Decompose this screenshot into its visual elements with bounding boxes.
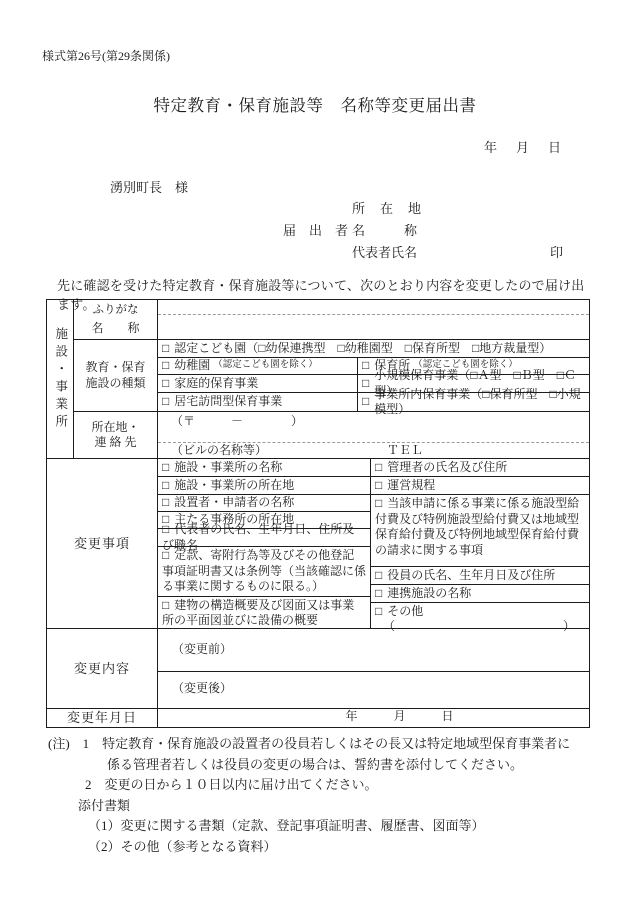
submitter-address-label: 所 在 地: [352, 198, 422, 217]
type-option-kateiteki[interactable]: 家庭的保育事業: [158, 375, 358, 392]
submitter-name-label: 名 称: [352, 220, 417, 239]
name-input-area[interactable]: [158, 315, 589, 339]
type-option-kodomoen[interactable]: 認定こども園（□幼保連携型 □幼稚園型 □保育所型 □地方裁量型）: [158, 340, 589, 358]
change-item[interactable]: 施設・事業所の所在地: [158, 477, 370, 495]
note-2: 2 変更の日から１０日以内に届け出てください。: [85, 775, 574, 796]
type-option-kyotaku[interactable]: 居宅訪問型保育事業: [158, 393, 358, 411]
change-content-label: 変更内容: [47, 629, 158, 708]
furigana-label: ふりがな: [93, 303, 139, 319]
facility-section-body: ふりがな 名 称 教育・保育 施設の種類 認定こども園（□幼保連携型 □幼稚園型…: [74, 300, 589, 458]
before-change-label: （変更前）: [172, 642, 232, 656]
tel-label: ＴＥＬ: [387, 443, 423, 459]
checkbox-icon[interactable]: [162, 394, 174, 410]
change-items-section: 変更事項 施設・事業所の名称 施設・事業所の所在地 設置者・申請者の名称 主たる…: [47, 458, 589, 628]
change-items-label: 変更事項: [47, 459, 158, 628]
attachment-item-1: （1）変更に関する書類（定款、登記事項証明書、履歴書、図面等）: [88, 816, 574, 837]
address-input-area[interactable]: （〒 － ）: [158, 412, 589, 442]
before-change-area[interactable]: （変更前）: [158, 629, 589, 672]
name-label: 名 称: [91, 321, 139, 337]
change-date-label: 変更年月日: [47, 709, 158, 727]
change-item[interactable]: 施設・事業所の名称: [158, 459, 370, 477]
facility-section-label: 施設・事業所: [52, 327, 68, 432]
type-note: （認定こども園を除く）: [213, 358, 318, 374]
checkbox-icon[interactable]: [375, 478, 387, 492]
form-number: 様式第26号(第29条関係): [42, 47, 170, 64]
checkbox-icon[interactable]: [362, 394, 374, 410]
attachments-heading: 添付書類: [78, 796, 574, 817]
checkbox-icon[interactable]: [162, 522, 174, 536]
type-option-youchien[interactable]: 幼稚園 （認定こども園を除く）: [158, 358, 358, 374]
address-contact-label: 所在地・ 連 絡 先: [74, 412, 158, 458]
change-item[interactable]: 設置者・申請者の名称: [158, 495, 370, 512]
change-item[interactable]: 役員の氏名、生年月日及び住所: [371, 567, 589, 585]
representative-name-label: 代表者氏名: [352, 242, 417, 261]
checkbox-icon[interactable]: [162, 598, 174, 612]
form-page: 様式第26号(第29条関係) 特定教育・保育施設等 名称等変更届出書 年 月 日…: [0, 0, 630, 903]
checkbox-icon[interactable]: [162, 341, 174, 357]
facility-section-header: 施設・事業所: [47, 300, 74, 458]
checkbox-icon[interactable]: [375, 496, 387, 510]
checkbox-icon[interactable]: [162, 548, 174, 562]
date-line: 年 月 日: [484, 137, 564, 156]
attachment-item-2: （2）その他（参考となる資料）: [88, 837, 574, 858]
checkbox-icon[interactable]: [375, 460, 387, 474]
change-item[interactable]: 建物の構造概要及び図面又は事業所の平面図並びに設備の概要: [158, 597, 370, 629]
checkbox-icon[interactable]: [162, 478, 174, 492]
addressee: 湧別町長 様: [110, 177, 188, 196]
change-item[interactable]: 定款、寄附行為等及びその他登記事項証明書又は条例等（当該確認に係る事業に関するも…: [158, 547, 370, 597]
form-table: 施設・事業所 ふりがな 名 称 教育・保育 施設の種類: [46, 299, 590, 728]
change-item[interactable]: 代表者の氏名、生年月日、住所及び職名: [158, 529, 370, 547]
facility-type-label: 教育・保育 施設の種類: [74, 340, 158, 411]
notes-section: (注) 1 特定教育・保育施設の設置者の役員若しくはその長又は特定地域型保育事業…: [48, 734, 574, 857]
checkbox-icon[interactable]: [162, 460, 174, 474]
change-item[interactable]: 管理者の氏名及び住所: [371, 459, 589, 477]
checkbox-icon[interactable]: [375, 604, 387, 618]
checkbox-icon[interactable]: [362, 358, 374, 374]
after-change-label: （変更後）: [172, 681, 232, 695]
change-content-section: 変更内容 （変更前） （変更後）: [47, 628, 589, 708]
checkbox-icon[interactable]: [162, 358, 174, 374]
change-date-input-area[interactable]: 年 月 日: [158, 709, 589, 727]
name-row-label: ふりがな 名 称: [74, 300, 158, 339]
checkbox-icon[interactable]: [162, 495, 174, 509]
facility-section: 施設・事業所 ふりがな 名 称 教育・保育 施設の種類: [47, 300, 589, 458]
type-option-jigyoshonai[interactable]: 事業所内保育事業（□保育所型 □小規模型）: [358, 393, 589, 411]
page-title: 特定教育・保育施設等 名称等変更届出書: [0, 92, 630, 116]
submitter-role-label: 届 出 者: [283, 220, 348, 239]
change-date-section: 変更年月日 年 月 日: [47, 708, 589, 727]
building-name-label: （ビルの名称等）: [171, 443, 387, 459]
change-item[interactable]: 当該申請に係る事業に係る施設型給付費及び特例施設型給付費又は地域型保育給付費及び…: [371, 495, 589, 567]
checkbox-icon[interactable]: [375, 586, 387, 600]
furigana-input-area[interactable]: [158, 300, 589, 315]
seal-label: 印: [550, 242, 563, 261]
change-item[interactable]: 連携施設の名称: [371, 585, 589, 603]
after-change-area[interactable]: （変更後）: [158, 672, 589, 708]
postal-code-template: （〒 － ）: [171, 414, 303, 428]
checkbox-icon[interactable]: [362, 376, 374, 392]
note-1: (注) 1 特定教育・保育施設の設置者の役員若しくはその長又は特定地域型保育事業…: [48, 734, 574, 775]
change-item[interactable]: 運営規程: [371, 477, 589, 495]
checkbox-icon[interactable]: [375, 568, 387, 582]
checkbox-icon[interactable]: [162, 376, 174, 392]
change-item-other[interactable]: その他 （）: [371, 603, 589, 628]
